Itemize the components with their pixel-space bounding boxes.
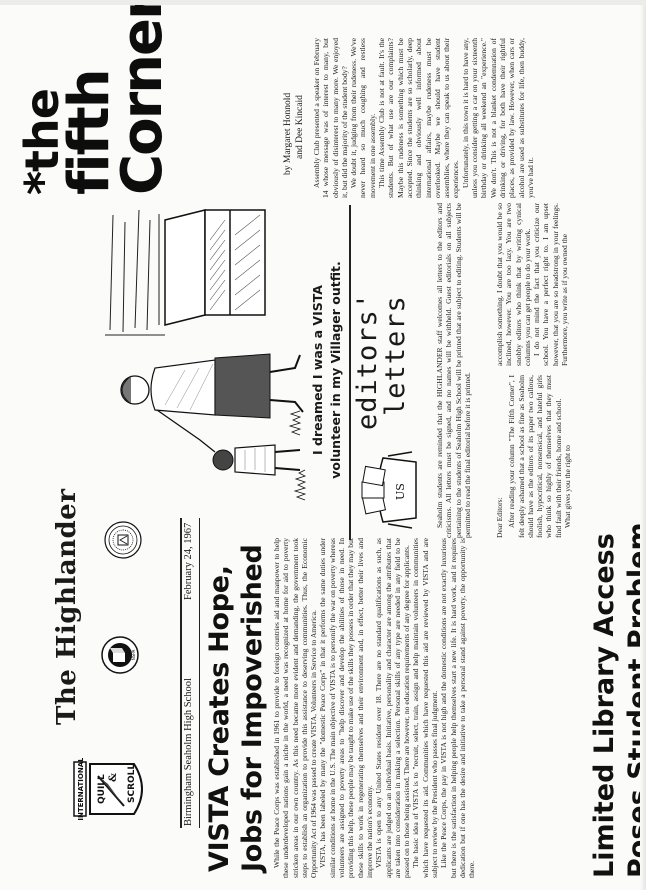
letter-column-1: Dear Editors: After reading your column … [495,375,572,538]
letters-policy-notice: Seaholm students are reminded that the H… [435,203,472,538]
section-rule [349,205,351,540]
fifth-corner-line3: Corner [116,0,170,195]
editors-title-line2: letters [382,292,410,430]
mailbag-icon: US [358,450,420,530]
paragraph: Assembly Club presented a speaker on Feb… [312,38,349,198]
editors-letters-title: editors' letters [354,292,410,430]
paragraph: This time Assembly Club is not at fault.… [377,38,461,198]
svg-text:QUILL: QUILL [97,774,107,804]
masthead-rule [199,518,200,828]
vista-volunteer-illustration [95,200,310,540]
paragraph: The basic idea of VISTA is to "recruit, … [411,538,439,878]
svg-text:US: US [394,483,407,500]
illustration-caption-line1: I dreamed I was a VISTA [310,200,325,540]
letter-salutation: Dear Editors: [495,375,504,538]
library-headline-line1: Limited Library Access [588,522,622,878]
illustration-caption-line2: volunteer in my Villager outfit. [328,200,343,540]
scan-margin [0,0,646,5]
newspaper-title: The Highlander [52,489,82,725]
vista-article-body: While the Peace Corps was established in… [272,538,477,878]
svg-text:&: & [108,773,119,782]
paragraph: Like the Peace Corps, the pay in VISTA i… [439,538,476,878]
letter-column-2: accomplish something. I doubt that you w… [495,203,569,366]
paragraph: I do not mind the fact that you criticiz… [532,203,569,366]
byline-author-1: by Margaret Honnold [282,93,294,175]
paragraph: What gives you the right to [563,375,572,538]
vista-headline-line1: VISTA Creates Hope, [203,544,236,872]
vista-headline-line2: Jobs for Impoverished [236,544,269,872]
paragraph: VISTA is open to any United States resid… [374,538,411,878]
paragraph: Unfortunately, in this town it is hard t… [461,38,535,198]
paragraph: After reading your column "The Fifth Cor… [507,375,563,538]
svg-text:SCROLL: SCROLL [127,764,137,803]
paragraph: VISTA, has been labeled by many the "dom… [318,538,374,878]
school-name: Birmingham Seaholm High School [183,678,194,826]
newspaper-page: INTERNATIONAL QUILL & SCROLL The Highlan… [0,0,646,890]
fifth-corner-body: Assembly Club presented a speaker on Feb… [312,38,535,198]
paragraph: Seaholm students are reminded that the H… [435,203,472,538]
fifth-corner-byline: by Margaret Honnold and Dee Kincaid [282,93,306,175]
masthead-rule [180,518,182,828]
svg-text:NSPA: NSPA [131,650,136,661]
paragraph: We doubt it, judging from their rudeness… [349,38,377,198]
svg-text:INTERNATIONAL: INTERNATIONAL [77,758,85,820]
fifth-corner-line2: fifth [64,0,116,195]
scan-edge [640,0,646,890]
paragraph: accomplish something. I doubt that you w… [495,203,532,366]
quill-and-scroll-logo: INTERNATIONAL QUILL & SCROLL [72,758,150,820]
library-headline: Limited Library Access Poses Student Pro… [588,522,646,878]
paragraph: While the Peace Corps was established in… [272,538,318,878]
byline-author-2: and Dee Kincaid [294,93,306,175]
national-scholastic-press-logo: NSPA [100,635,140,675]
fifth-corner-title: *the fifth Corner [20,0,170,195]
vista-headline: VISTA Creates Hope, Jobs for Impoverishe… [203,544,269,872]
editors-title-line1: editors' [354,292,382,430]
